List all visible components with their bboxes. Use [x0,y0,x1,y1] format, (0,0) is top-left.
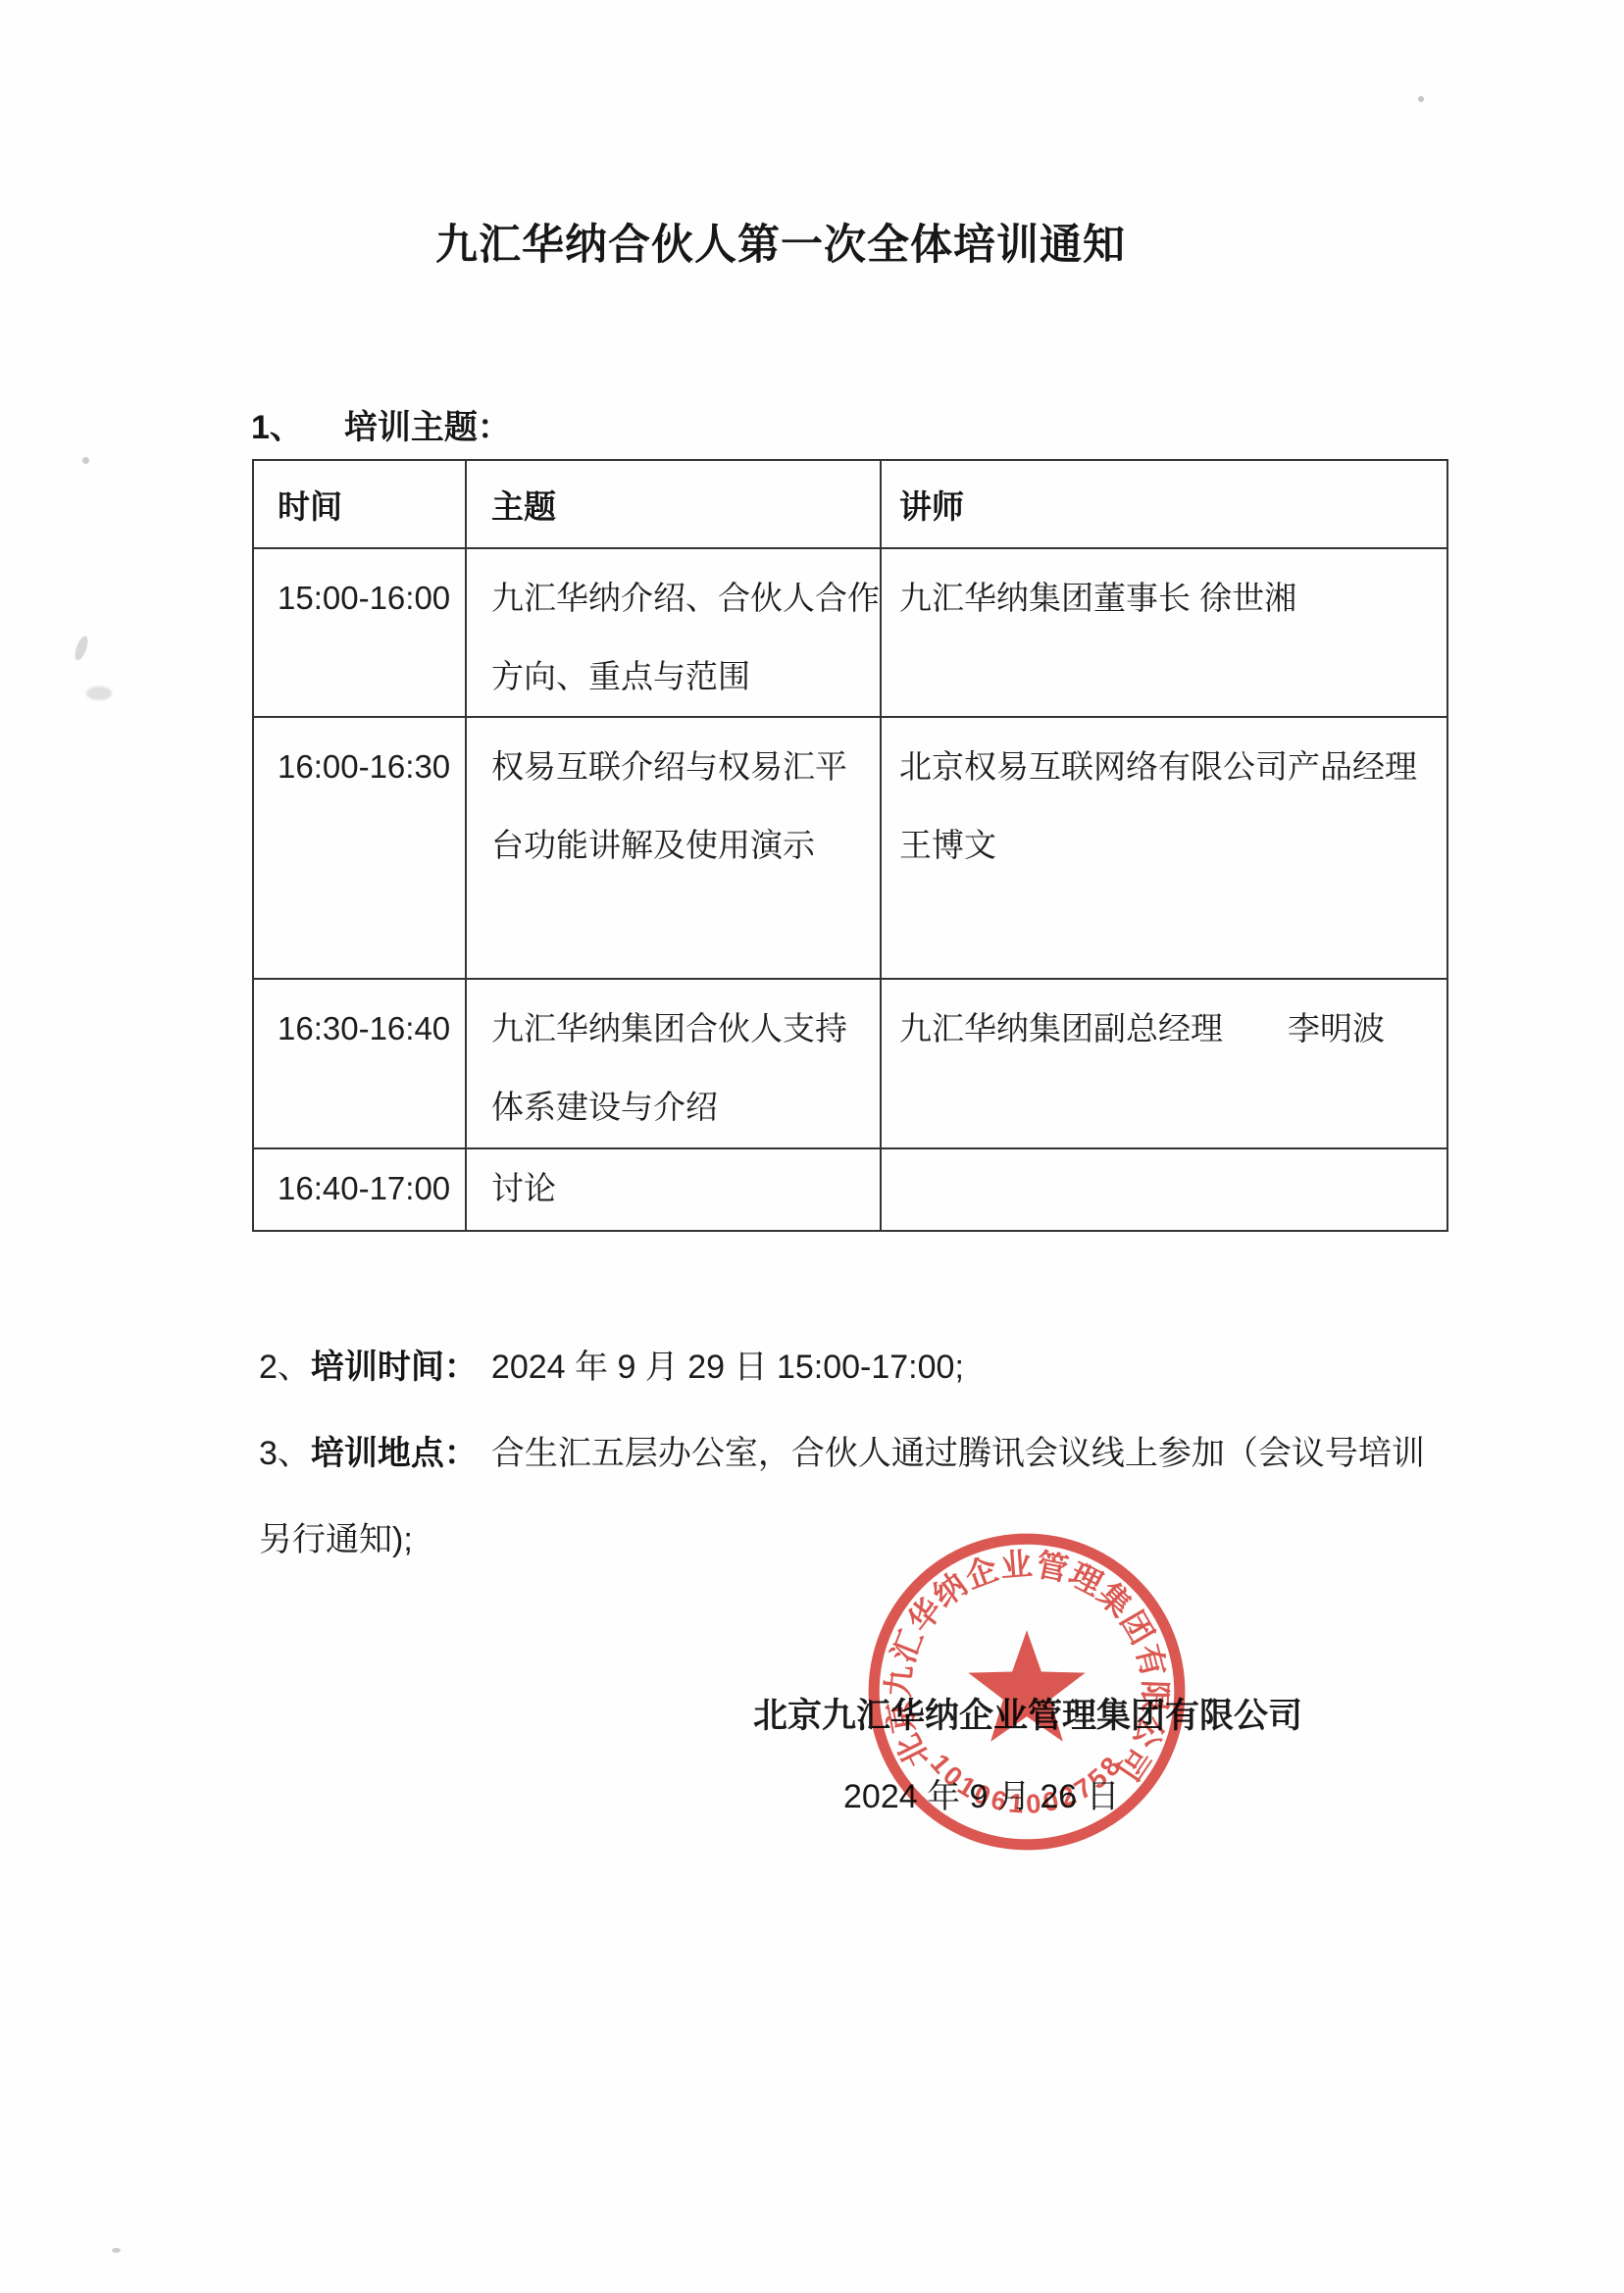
section-3-text: 合生汇五层办公室，合伙人通过腾讯会议线上参加（会议号培训 [491,1435,1425,1472]
section-3-number: 3、 [259,1435,311,1472]
section-2-line: 2、培训时间：2024 年 9 月 29 日 15:00-17:00; [259,1340,964,1388]
table-header-row: 时间 主题 讲师 [253,460,1447,548]
section-2-text: 2024 年 9 月 29 日 15:00-17:00; [491,1349,964,1386]
table-row: 15:00-16:00 九汇华纳介绍、合伙人合作 方向、重点与范围 九汇华纳集团… [253,548,1447,717]
scan-speck [112,2248,121,2253]
cell-time: 16:40-17:00 [253,1148,466,1231]
company-seal-stamp: 北京九汇华纳企业管理集团有限公司 101061002758 [861,1526,1193,1858]
section-1-number: 1、 [251,409,303,446]
table-row: 16:30-16:40 九汇华纳集团合伙人支持 体系建设与介绍 九汇华纳集团副总… [253,979,1447,1148]
seal-serial-number: 101061002758 [925,1748,1129,1819]
table-header-lecturer: 讲师 [881,460,1447,548]
cell-lecturer: 北京权易互联网络有限公司产品经理 王博文 [881,717,1447,979]
table-header-topic: 主题 [466,460,881,548]
seal-star-icon [968,1630,1085,1742]
cell-topic: 权易互联介绍与权易汇平 台功能讲解及使用演示 [466,717,881,979]
section-3-line: 3、培训地点：合生汇五层办公室，合伙人通过腾讯会议线上参加（会议号培训 [259,1426,1425,1474]
cell-time: 16:00-16:30 [253,717,466,979]
table-row: 16:00-16:30 权易互联介绍与权易汇平 台功能讲解及使用演示 北京权易互… [253,717,1447,979]
section-1-heading: 1、培训主题： [251,400,511,448]
cell-topic: 讨论 [466,1148,881,1231]
section-3-text-continued: 另行通知); [259,1521,413,1558]
scan-speck [82,457,89,464]
svg-text:101061002758: 101061002758 [925,1748,1129,1819]
seal-graphic: 北京九汇华纳企业管理集团有限公司 101061002758 [861,1526,1193,1858]
cell-time: 16:30-16:40 [253,979,466,1148]
cell-topic: 九汇华纳介绍、合伙人合作 方向、重点与范围 [466,548,881,717]
section-3-line-2: 另行通知); [259,1512,413,1560]
scan-speck [1418,96,1424,102]
section-3-label: 培训地点： [311,1435,478,1472]
table-header-time: 时间 [253,460,466,548]
scan-speck [86,687,112,700]
cell-lecturer: 九汇华纳集团董事长 徐世湘 [881,548,1447,717]
cell-time: 15:00-16:00 [253,548,466,717]
scan-speck [73,635,90,662]
cell-lecturer: 九汇华纳集团副总经理 李明波 [881,979,1447,1148]
page-title: 九汇华纳合伙人第一次全体培训通知 [0,212,1624,272]
table-row: 16:40-17:00 讨论 [253,1148,1447,1231]
section-2-label: 培训时间： [311,1349,478,1386]
training-schedule-table: 时间 主题 讲师 15:00-16:00 九汇华纳介绍、合伙人合作 方向、重点与… [252,459,1448,1232]
cell-lecturer [881,1148,1447,1231]
section-2-number: 2、 [259,1349,311,1386]
section-1-label: 培训主题： [344,409,511,446]
cell-topic: 九汇华纳集团合伙人支持 体系建设与介绍 [466,979,881,1148]
